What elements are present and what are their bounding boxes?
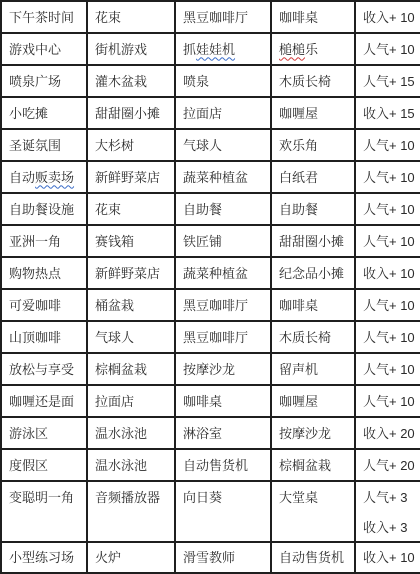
cell-text: 气球人 (183, 138, 222, 153)
cell-text: 娃娃机 (196, 42, 235, 57)
cell-text: 变聪明一角 (9, 490, 74, 505)
cell-text: 滑雪教师 (183, 550, 235, 565)
item-2-cell: 喷泉 (175, 65, 271, 97)
table-row: 放松与享受 棕榈盆栽 按摩沙龙 留声机 人气+ 10 (1, 353, 420, 385)
cell-text: 向日葵 (183, 490, 222, 505)
cell-text: 自助餐 (183, 202, 222, 217)
cell-text: 甜甜圈小摊 (95, 106, 160, 121)
item-1-cell: 花束 (87, 193, 175, 225)
reward-cell: 人气+ 10 (355, 225, 420, 257)
item-3-cell: 留声机 (271, 353, 355, 385)
item-1-cell: 甜甜圈小摊 (87, 97, 175, 129)
combo-name-cell: 自动贩卖场 (1, 161, 87, 193)
item-1-cell: 灌木盆栽 (87, 65, 175, 97)
reward-cell: 收入+ 15 (355, 97, 420, 129)
cell-text: 棕榈盆栽 (279, 458, 331, 473)
cell-text: 纪念品小摊 (279, 266, 344, 281)
item-3-cell: 咖啡桌 (271, 289, 355, 321)
cell-text: 按摩沙龙 (183, 362, 235, 377)
cell-text: 度假区 (9, 458, 48, 473)
item-2-cell: 拉面店 (175, 97, 271, 129)
cell-text: 棕榈盆栽 (95, 362, 147, 377)
cell-text: 乐 (305, 42, 318, 57)
reward-cell: 人气+ 10 (355, 33, 420, 65)
reward-cell: 人气+ 20 (355, 449, 420, 481)
reward-cell: 人气+ 10 (355, 129, 420, 161)
item-2-cell: 黑豆咖啡厅 (175, 1, 271, 33)
combo-name-cell: 下午茶时间 (1, 1, 87, 33)
item-1-cell: 新鲜野菜店 (87, 257, 175, 289)
cell-text: 自动 (9, 170, 35, 185)
combo-name-cell: 山顶咖啡 (1, 321, 87, 353)
combo-name-cell: 小吃摊 (1, 97, 87, 129)
item-2-cell: 气球人 (175, 129, 271, 161)
cell-text: 蔬菜种植盆 (183, 170, 248, 185)
cell-text: 拉面店 (183, 106, 222, 121)
reward-cell: 收入+ 10 (355, 1, 420, 33)
cell-text: 咖啡桌 (279, 298, 318, 313)
table-row: 咖喱还是面 拉面店 咖啡桌 咖喱屋 人气+ 10 (1, 385, 420, 417)
table-row: 小吃摊 甜甜圈小摊 拉面店 咖喱屋 收入+ 15 (1, 97, 420, 129)
cell-text: 自动售货机 (279, 550, 344, 565)
reward-cell: 人气+ 3收入+ 3 (355, 481, 420, 542)
item-1-cell: 赛钱箱 (87, 225, 175, 257)
table-row: 购物热点 新鲜野菜店 蔬菜种植盆 纪念品小摊 收入+ 10 (1, 257, 420, 289)
item-3-cell: 自动售货机 (271, 542, 355, 573)
item-3-cell: 纪念品小摊 (271, 257, 355, 289)
item-2-cell: 抓娃娃机 (175, 33, 271, 65)
cell-text: 铁匠铺 (183, 234, 222, 249)
item-2-cell: 铁匠铺 (175, 225, 271, 257)
reward-text: 收入+ 20 (363, 425, 416, 442)
cell-text: 花束 (95, 202, 121, 217)
combo-name-cell: 放松与享受 (1, 353, 87, 385)
table-row: 喷泉广场 灌木盆栽 喷泉 木质长椅 人气+ 15 (1, 65, 420, 97)
reward-text: 收入+ 10 (363, 549, 416, 566)
reward-text: 人气+ 10 (363, 201, 416, 218)
cell-text: 气球人 (95, 330, 134, 345)
cell-text: 自助餐设施 (9, 202, 74, 217)
item-1-cell: 棕榈盆栽 (87, 353, 175, 385)
reward-text: 人气+ 10 (363, 41, 416, 58)
reward-text: 收入+ 15 (363, 105, 416, 122)
reward-text: 人气+ 10 (363, 361, 416, 378)
combo-name-cell: 喷泉广场 (1, 65, 87, 97)
cell-text: 花束 (95, 10, 121, 25)
cell-text: 自助餐 (279, 202, 318, 217)
cell-text: 抓 (183, 42, 196, 57)
cell-text: 甜甜圈小摊 (279, 234, 344, 249)
item-3-cell: 棕榈盆栽 (271, 449, 355, 481)
reward-cell: 收入+ 10 (355, 257, 420, 289)
item-2-cell: 黑豆咖啡厅 (175, 321, 271, 353)
cell-text: 黑豆咖啡厅 (183, 10, 248, 25)
item-2-cell: 咖啡桌 (175, 385, 271, 417)
table-row: 变聪明一角 音频播放器 向日葵 大堂桌 人气+ 3收入+ 3 (1, 481, 420, 542)
table-row: 自动贩卖场 新鲜野菜店 蔬菜种植盆 白纸君 人气+ 10 (1, 161, 420, 193)
cell-text: 山顶咖啡 (9, 330, 61, 345)
item-1-cell: 大杉树 (87, 129, 175, 161)
table-row: 自助餐设施 花束 自助餐 自助餐 人气+ 10 (1, 193, 420, 225)
combo-name-cell: 游戏中心 (1, 33, 87, 65)
cell-text: 贩卖场 (35, 170, 74, 185)
item-2-cell: 蔬菜种植盆 (175, 257, 271, 289)
cell-text: 游泳区 (9, 426, 48, 441)
table-row: 度假区 温水泳池 自动售货机 棕榈盆栽 人气+ 20 (1, 449, 420, 481)
reward-text: 人气+ 10 (363, 233, 416, 250)
cell-text: 槌槌 (279, 42, 305, 57)
cell-text: 圣诞氛围 (9, 138, 61, 153)
combo-name-cell: 变聪明一角 (1, 481, 87, 542)
cell-text: 蔬菜种植盆 (183, 266, 248, 281)
combo-table-body: 下午茶时间 花束 黑豆咖啡厅 咖啡桌 收入+ 10 游戏中心 街机游戏 抓娃娃机… (1, 1, 420, 573)
reward-cell: 人气+ 15 (355, 65, 420, 97)
table-row: 亚洲一角 赛钱箱 铁匠铺 甜甜圈小摊 人气+ 10 (1, 225, 420, 257)
item-3-cell: 咖喱屋 (271, 97, 355, 129)
table-row: 游戏中心 街机游戏 抓娃娃机 槌槌乐 人气+ 10 (1, 33, 420, 65)
cell-text: 下午茶时间 (9, 10, 74, 25)
combo-name-cell: 咖喱还是面 (1, 385, 87, 417)
cell-text: 留声机 (279, 362, 318, 377)
cell-text: 大杉树 (95, 138, 134, 153)
item-1-cell: 街机游戏 (87, 33, 175, 65)
cell-text: 温水泳池 (95, 426, 147, 441)
item-1-cell: 拉面店 (87, 385, 175, 417)
item-3-cell: 咖啡桌 (271, 1, 355, 33)
item-3-cell: 欢乐角 (271, 129, 355, 161)
item-3-cell: 咖喱屋 (271, 385, 355, 417)
cell-text: 灌木盆栽 (95, 74, 147, 89)
reward-text: 人气+ 10 (363, 329, 416, 346)
cell-text: 咖喱屋 (279, 394, 318, 409)
cell-text: 淋浴室 (183, 426, 222, 441)
item-1-cell: 新鲜野菜店 (87, 161, 175, 193)
combo-name-cell: 购物热点 (1, 257, 87, 289)
cell-text: 喷泉 (183, 74, 209, 89)
combo-name-cell: 游泳区 (1, 417, 87, 449)
item-1-cell: 温水泳池 (87, 449, 175, 481)
cell-text: 放松与享受 (9, 362, 74, 377)
item-3-cell: 白纸君 (271, 161, 355, 193)
item-2-cell: 黑豆咖啡厅 (175, 289, 271, 321)
reward-cell: 人气+ 10 (355, 353, 420, 385)
item-2-cell: 蔬菜种植盆 (175, 161, 271, 193)
reward-text: 收入+ 3 (363, 519, 416, 536)
reward-cell: 人气+ 10 (355, 193, 420, 225)
combo-name-cell: 度假区 (1, 449, 87, 481)
item-3-cell: 木质长椅 (271, 65, 355, 97)
item-1-cell: 气球人 (87, 321, 175, 353)
item-2-cell: 自助餐 (175, 193, 271, 225)
combo-name-cell: 可爱咖啡 (1, 289, 87, 321)
table-row: 小型练习场 火炉 滑雪教师 自动售货机 收入+ 10 (1, 542, 420, 573)
table-row: 下午茶时间 花束 黑豆咖啡厅 咖啡桌 收入+ 10 (1, 1, 420, 33)
cell-text: 白纸君 (279, 170, 318, 185)
item-2-cell: 向日葵 (175, 481, 271, 542)
cell-text: 喷泉广场 (9, 74, 61, 89)
cell-text: 可爱咖啡 (9, 298, 61, 313)
reward-cell: 人气+ 10 (355, 161, 420, 193)
reward-text: 人气+ 10 (363, 137, 416, 154)
reward-text: 收入+ 10 (363, 265, 416, 282)
item-3-cell: 木质长椅 (271, 321, 355, 353)
reward-cell: 收入+ 10 (355, 542, 420, 573)
cell-text: 咖啡桌 (183, 394, 222, 409)
reward-text: 收入+ 10 (363, 9, 416, 26)
combo-table: 下午茶时间 花束 黑豆咖啡厅 咖啡桌 收入+ 10 游戏中心 街机游戏 抓娃娃机… (0, 0, 420, 574)
item-3-cell: 槌槌乐 (271, 33, 355, 65)
table-row: 山顶咖啡 气球人 黑豆咖啡厅 木质长椅 人气+ 10 (1, 321, 420, 353)
reward-text: 人气+ 15 (363, 73, 416, 90)
reward-text: 人气+ 10 (363, 297, 416, 314)
cell-text: 火炉 (95, 550, 121, 565)
item-1-cell: 火炉 (87, 542, 175, 573)
item-1-cell: 桶盆栽 (87, 289, 175, 321)
cell-text: 咖啡桌 (279, 10, 318, 25)
item-1-cell: 温水泳池 (87, 417, 175, 449)
cell-text: 赛钱箱 (95, 234, 134, 249)
cell-text: 按摩沙龙 (279, 426, 331, 441)
cell-text: 游戏中心 (9, 42, 61, 57)
item-3-cell: 自助餐 (271, 193, 355, 225)
cell-text: 小型练习场 (9, 550, 74, 565)
reward-cell: 人气+ 10 (355, 321, 420, 353)
cell-text: 木质长椅 (279, 74, 331, 89)
item-3-cell: 按摩沙龙 (271, 417, 355, 449)
cell-text: 黑豆咖啡厅 (183, 330, 248, 345)
reward-text: 人气+ 10 (363, 393, 416, 410)
item-2-cell: 滑雪教师 (175, 542, 271, 573)
cell-text: 桶盆栽 (95, 298, 134, 313)
combo-name-cell: 圣诞氛围 (1, 129, 87, 161)
table-row: 游泳区 温水泳池 淋浴室 按摩沙龙 收入+ 20 (1, 417, 420, 449)
item-2-cell: 自动售货机 (175, 449, 271, 481)
item-3-cell: 甜甜圈小摊 (271, 225, 355, 257)
cell-text: 温水泳池 (95, 458, 147, 473)
cell-text: 购物热点 (9, 266, 61, 281)
item-1-cell: 花束 (87, 1, 175, 33)
cell-text: 小吃摊 (9, 106, 48, 121)
cell-text: 咖喱还是面 (9, 394, 74, 409)
cell-text: 亚洲一角 (9, 234, 61, 249)
item-2-cell: 按摩沙龙 (175, 353, 271, 385)
cell-text: 拉面店 (95, 394, 134, 409)
reward-cell: 人气+ 10 (355, 385, 420, 417)
reward-cell: 收入+ 20 (355, 417, 420, 449)
cell-text: 欢乐角 (279, 138, 318, 153)
cell-text: 音频播放器 (95, 490, 160, 505)
cell-text: 街机游戏 (95, 42, 147, 57)
combo-name-cell: 亚洲一角 (1, 225, 87, 257)
item-2-cell: 淋浴室 (175, 417, 271, 449)
table-row: 可爱咖啡 桶盆栽 黑豆咖啡厅 咖啡桌 人气+ 10 (1, 289, 420, 321)
combo-name-cell: 小型练习场 (1, 542, 87, 573)
table-row: 圣诞氛围 大杉树 气球人 欢乐角 人气+ 10 (1, 129, 420, 161)
combo-name-cell: 自助餐设施 (1, 193, 87, 225)
item-3-cell: 大堂桌 (271, 481, 355, 542)
cell-text: 咖喱屋 (279, 106, 318, 121)
reward-text: 人气+ 10 (363, 169, 416, 186)
cell-text: 大堂桌 (279, 490, 318, 505)
cell-text: 新鲜野菜店 (95, 170, 160, 185)
cell-text: 木质长椅 (279, 330, 331, 345)
reward-cell: 人气+ 10 (355, 289, 420, 321)
cell-text: 新鲜野菜店 (95, 266, 160, 281)
reward-text: 人气+ 20 (363, 457, 416, 474)
cell-text: 黑豆咖啡厅 (183, 298, 248, 313)
reward-text: 人气+ 3 (363, 489, 416, 506)
item-1-cell: 音频播放器 (87, 481, 175, 542)
cell-text: 自动售货机 (183, 458, 248, 473)
